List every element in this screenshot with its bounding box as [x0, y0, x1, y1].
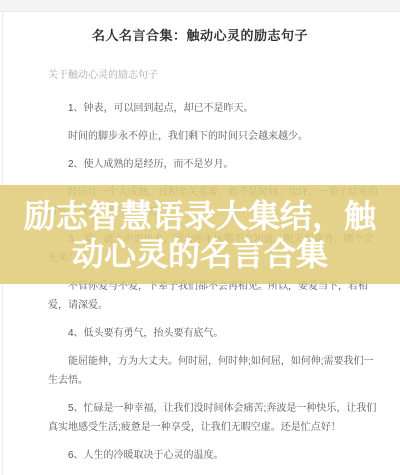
- quote-paragraph: 6、人生的冷暖取决于心灵的温度。: [48, 446, 382, 465]
- quote-paragraph: 4、低头要有勇气，抬头要有底气。: [48, 324, 382, 343]
- promo-banner-title: 励志智慧语录大集结，触动心灵的名言合集: [0, 197, 400, 273]
- quote-paragraph: 能屈能伸，方为大丈夫。何时屈，何时伸;如何屈，如何伸;需要我们一生去悟。: [48, 352, 382, 390]
- article-subtitle: 关于触动心灵的励志句子: [48, 66, 382, 85]
- promo-banner-overlay: 励志智慧语录大集结，触动心灵的名言合集: [0, 185, 400, 284]
- quote-paragraph: 5、忙碌是一种幸福，让我们没时间体会痛苦;奔波是一种快乐，让我们真实地感受生活;…: [48, 399, 382, 437]
- page-title: 名人名言合集：触动心灵的励志句子: [20, 25, 380, 44]
- top-gray-strip: [0, 0, 400, 12]
- quote-paragraph: 2、使人成熟的是经历，而不是岁月。: [48, 155, 382, 174]
- quote-paragraph: 时间的脚步永不停止，我们剩下的时间只会越来越少。: [48, 127, 382, 146]
- quote-paragraph: 1、钟表，可以回到起点，却已不是昨天。: [48, 99, 382, 118]
